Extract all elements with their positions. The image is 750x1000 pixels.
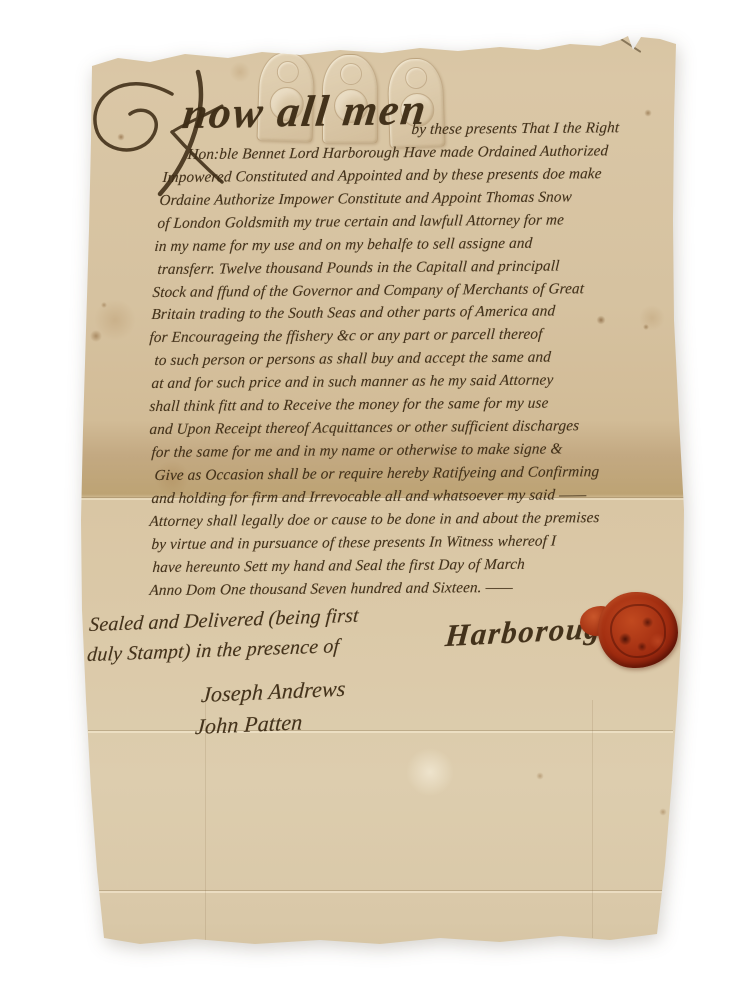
manuscript-line: and holding for firm and Irrevocable all… — [151, 486, 587, 508]
manuscript-line: Ordaine Authorize Impower Constitute and… — [159, 188, 573, 210]
manuscript-line: Britain trading to the South Seas and ot… — [151, 302, 556, 324]
fold-crease-vertical-right — [592, 700, 593, 938]
attestation-line-1: Sealed and Delivered (being first — [88, 605, 359, 637]
manuscript-line: at and for such price and in such manner… — [151, 371, 554, 393]
photo-background: now all men by these presents That I the… — [0, 0, 750, 1000]
document-sheet: now all men by these presents That I the… — [0, 0, 750, 1000]
opening-large-words: now all men — [180, 84, 431, 139]
paper-tear — [619, 37, 642, 53]
manuscript-line: Stock and ffund of the Governor and Comp… — [152, 280, 585, 302]
wax-seal — [580, 592, 680, 674]
manuscript-line: by virtue and in pursuance of these pres… — [151, 532, 557, 554]
manuscript-line: and Upon Receipt thereof Acquittances or… — [149, 417, 580, 439]
manuscript-line: Hon:ble Bennet Lord Harborough Have made… — [187, 142, 609, 164]
paper-shadow: now all men by these presents That I the… — [0, 0, 750, 1000]
manuscript-line: Anno Dom One thousand Seven hundred and … — [149, 579, 514, 600]
attestation-line-2: duly Stampt) in the presence of — [86, 635, 340, 667]
manuscript-line: for Encourageing the ffishery &c or any … — [149, 326, 543, 347]
manuscript-line: for the same for me and in my name or ot… — [151, 440, 563, 462]
manuscript-line: transferr. Twelve thousand Pounds in the… — [157, 257, 560, 279]
manuscript-line: Impowered Constituted and Appointed and … — [162, 165, 602, 187]
witness-signature-1: Joseph Andrews — [200, 676, 346, 708]
opening-continuation: by these presents That I the Right — [411, 119, 620, 139]
manuscript-line: shall think fitt and to Receive the mone… — [149, 395, 549, 416]
manuscript-line: to such person or persons as shall buy a… — [154, 349, 552, 370]
fold-crease-bottom — [92, 890, 667, 891]
witness-signature-2: John Patten — [194, 709, 303, 740]
manuscript-line: in my name for my use and on my behalfe … — [154, 235, 533, 256]
manuscript-line: Attorney shall legally doe or cause to b… — [149, 509, 600, 531]
fold-crease-lower — [88, 730, 673, 731]
manuscript-line: Give as Occasion shall be or require her… — [154, 463, 600, 485]
wax-seal-impression — [610, 604, 666, 658]
manuscript-line: of London Goldsmith my true certain and … — [157, 211, 565, 233]
manuscript-line: have hereunto Sett my hand and Seal the … — [152, 556, 526, 577]
